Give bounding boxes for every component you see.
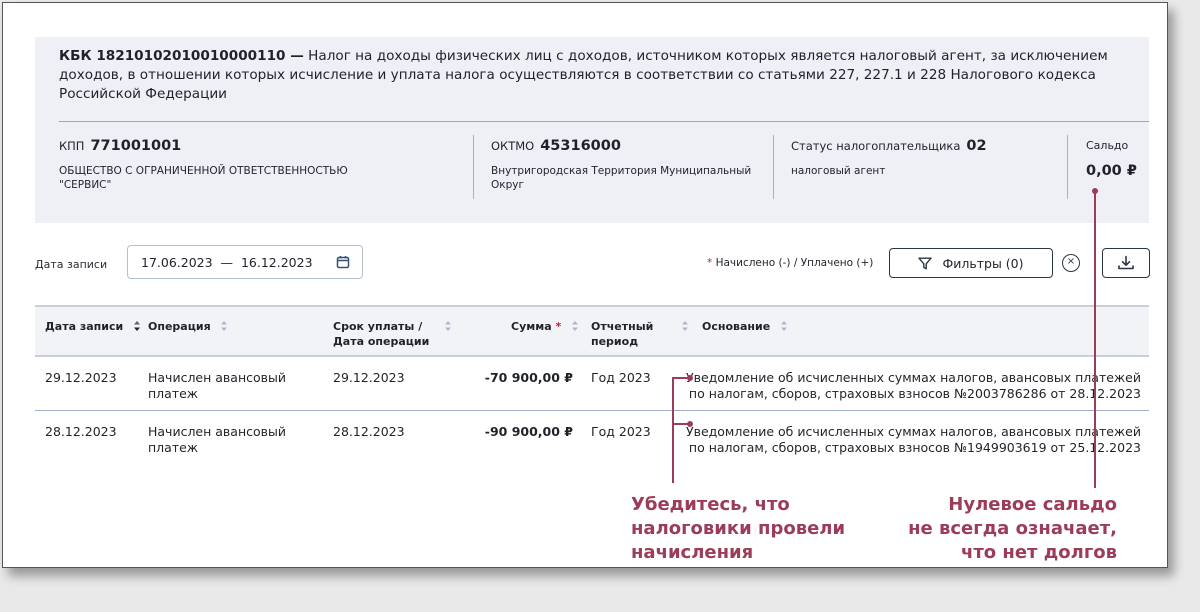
status-label: Статус налогоплательщика	[791, 139, 960, 153]
kbk-title: КБК 18210102010010000110 — Налог на дохо…	[59, 47, 1119, 104]
status-name: налоговый агент	[791, 164, 1071, 178]
kpp-label: КПП	[59, 139, 84, 153]
callout-dot-row2	[687, 421, 693, 427]
cell-period: Год 2023	[591, 424, 651, 440]
annotation-check-accruals: Убедитесь, что налоговики провели начисл…	[631, 493, 845, 565]
cell-due-date: 29.12.2023	[333, 370, 405, 386]
filter-bar: Дата записи 17.06.2023 — 16.12.2023 * На…	[3, 245, 1167, 285]
filter-icon	[918, 257, 932, 270]
table-row[interactable]: 29.12.2023 Начислен авансовый платеж 29.…	[35, 359, 1149, 411]
separator	[1067, 135, 1068, 199]
oktmo-block: ОКТМО45316000 Внутригородская Территория…	[491, 135, 781, 192]
separator	[473, 135, 474, 199]
annotation-line: что нет долгов	[908, 541, 1117, 565]
screenshot-frame: КБК 18210102010010000110 — Налог на дохо…	[2, 2, 1168, 568]
required-asterisk: *	[556, 320, 562, 333]
basis-line2: по налогам, сборов, страховых взносов №2…	[675, 386, 1141, 402]
cell-period: Год 2023	[591, 370, 651, 386]
status-value: 02	[966, 138, 986, 154]
sort-icon[interactable]	[444, 320, 452, 332]
cell-basis: Уведомление об исчисленных суммах налого…	[675, 424, 1141, 456]
cell-sum: -70 900,00 ₽	[455, 370, 573, 386]
kbk-code: КБК 18210102010010000110 —	[59, 48, 304, 64]
basis-line1: Уведомление об исчисленных суммах налого…	[675, 370, 1141, 386]
filters-button-label: Фильтры (0)	[942, 256, 1023, 271]
kpp-value: 771001001	[90, 138, 181, 154]
download-button[interactable]	[1102, 248, 1150, 278]
sign-legend: * Начислено (-) / Уплачено (+)	[707, 257, 873, 269]
date-filter-label: Дата записи	[35, 258, 107, 271]
column-header-due-line1: Срок уплаты /	[333, 320, 422, 333]
saldo-value: 0,00 ₽	[1086, 163, 1137, 179]
column-header-date-label: Дата записи	[45, 320, 123, 333]
annotation-line: не всегда означает,	[908, 517, 1117, 541]
info-divider	[59, 121, 1149, 122]
annotation-line: налоговики провели	[631, 517, 845, 541]
org-name: ОБЩЕСТВО С ОГРАНИЧЕННОЙ ОТВЕТСТВЕННОСТЬЮ…	[59, 164, 379, 192]
sort-desc-icon[interactable]	[133, 320, 141, 332]
separator	[773, 135, 774, 199]
cell-date: 29.12.2023	[45, 370, 117, 386]
basis-line1: Уведомление об исчисленных суммах налого…	[675, 424, 1141, 440]
column-header-basis-label: Основание	[702, 320, 770, 333]
column-header-date[interactable]: Дата записи	[45, 319, 141, 334]
oktmo-value: 45316000	[540, 138, 621, 154]
column-header-sum[interactable]: Сумма *	[511, 319, 579, 334]
callout-line-saldo	[1094, 191, 1096, 488]
column-header-period-line2: период	[591, 335, 638, 348]
column-header-period[interactable]: Отчетный период	[591, 319, 689, 349]
sign-legend-text: Начислено (-) / Уплачено (+)	[712, 257, 873, 269]
cell-operation: Начислен авансовый платеж	[148, 424, 308, 456]
annotation-line: начисления	[631, 541, 845, 565]
column-header-basis[interactable]: Основание	[702, 319, 788, 334]
sort-icon[interactable]	[571, 320, 579, 332]
callout-line-rows	[672, 377, 674, 483]
cell-date: 28.12.2023	[45, 424, 117, 440]
column-header-operation-label: Операция	[148, 320, 211, 333]
column-header-operation[interactable]: Операция	[148, 319, 228, 334]
cell-operation: Начислен авансовый платеж	[148, 370, 308, 402]
saldo-label: Сальдо	[1086, 139, 1128, 152]
annotation-line: Убедитесь, что	[631, 493, 845, 517]
cell-basis: Уведомление об исчисленных суммах налого…	[675, 370, 1141, 402]
cell-due-date: 28.12.2023	[333, 424, 405, 440]
date-range-input[interactable]: 17.06.2023 — 16.12.2023	[127, 245, 363, 279]
column-header-due-date[interactable]: Срок уплаты / Дата операции	[333, 319, 452, 349]
kpp-block: КПП771001001 ОБЩЕСТВО С ОГРАНИЧЕННОЙ ОТВ…	[59, 135, 459, 192]
callout-dot-saldo	[1092, 188, 1098, 194]
kbk-info-panel: КБК 18210102010010000110 — Налог на дохо…	[35, 37, 1149, 223]
oktmo-name: Внутригородская Территория Муниципальный…	[491, 164, 771, 192]
filters-button[interactable]: Фильтры (0)	[889, 248, 1053, 278]
date-range-value: 17.06.2023 — 16.12.2023	[141, 255, 313, 270]
column-header-period-line1: Отчетный	[591, 320, 653, 333]
table-header: Дата записи Операция Срок уплаты / Дата …	[35, 305, 1149, 357]
table-row[interactable]: 28.12.2023 Начислен авансовый платеж 28.…	[35, 413, 1149, 465]
cell-sum: -90 900,00 ₽	[455, 424, 573, 440]
callout-dot-row1	[687, 375, 693, 381]
column-header-sum-label: Сумма	[511, 320, 552, 333]
calendar-icon[interactable]	[336, 255, 350, 269]
sort-icon[interactable]	[220, 320, 228, 332]
clear-filters-icon[interactable]: ×	[1062, 254, 1080, 272]
annotation-line: Нулевое сальдо	[908, 493, 1117, 517]
annotation-zero-saldo: Нулевое сальдо не всегда означает, что н…	[908, 493, 1117, 565]
sort-icon[interactable]	[780, 320, 788, 332]
oktmo-label: ОКТМО	[491, 139, 534, 153]
basis-line2: по налогам, сборов, страховых взносов №1…	[675, 440, 1141, 456]
sort-icon[interactable]	[681, 320, 689, 332]
column-header-due-line2: Дата операции	[333, 335, 429, 348]
status-block: Статус налогоплательщика02 налоговый аге…	[791, 135, 1071, 178]
download-icon	[1117, 255, 1135, 271]
